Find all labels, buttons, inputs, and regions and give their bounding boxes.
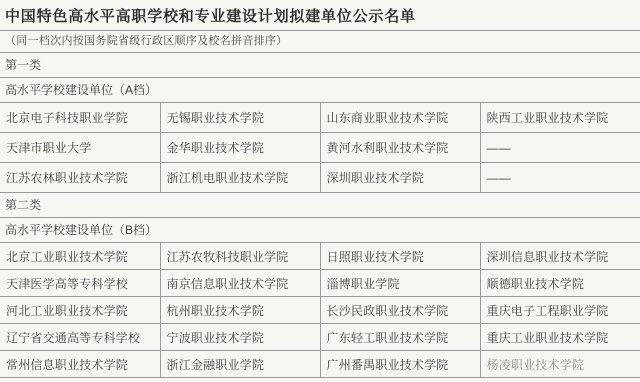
school-cell: 天津市职业大学 xyxy=(0,133,160,163)
school-table-a: 北京电子科技职业学院 无锡职业技术学院 山东商业职业技术学院 陕西工业职业技术学… xyxy=(0,103,640,193)
school-cell: 日照职业技术学院 xyxy=(320,243,480,270)
school-cell: 深圳信息职业技术学院 xyxy=(480,243,640,270)
school-table-b: 北京工业职业技术学院 江苏农牧科技职业学院 日照职业技术学院 深圳信息职业技术学… xyxy=(0,243,640,378)
table-row: 天津医学高等专科学校 南京信息职业技术学院 淄博职业学院 顺德职业技术学院 xyxy=(0,270,640,297)
table-row: 天津市职业大学 金华职业技术学院 黄河水利职业技术学院 —— xyxy=(0,133,640,163)
school-cell: 金华职业技术学院 xyxy=(160,133,320,163)
announcement-document: 中国特色高水平高职学校和专业建设计划拟建单位公示名单 （同一档次内按国务院省级行… xyxy=(0,0,640,382)
school-cell: 长沙民政职业技术学院 xyxy=(320,297,480,324)
school-cell: 淄博职业学院 xyxy=(320,270,480,297)
school-cell: 顺德职业技术学院 xyxy=(480,270,640,297)
school-cell: 黄河水利职业技术学院 xyxy=(320,133,480,163)
school-cell: 无锡职业技术学院 xyxy=(160,103,320,133)
school-cell: 江苏农林职业技术学院 xyxy=(0,163,160,193)
category-label-2: 第二类 xyxy=(0,193,640,218)
school-cell: 北京工业职业技术学院 xyxy=(0,243,160,270)
school-cell: 广东轻工职业技术学院 xyxy=(320,324,480,351)
school-cell: 常州信息职业技术学院 xyxy=(0,351,160,378)
table-row: 河北工业职业技术学院 杭州职业技术学院 长沙民政职业技术学院 重庆电子工程职业学… xyxy=(0,297,640,324)
school-cell: 杭州职业技术学院 xyxy=(160,297,320,324)
sort-note: （同一档次内按国务院省级行政区顺序及校名拼音排序） xyxy=(0,30,640,53)
page-title: 中国特色高水平高职学校和专业建设计划拟建单位公示名单 xyxy=(0,0,640,30)
school-cell: 陕西工业职业技术学院 xyxy=(480,103,640,133)
school-cell: 北京电子科技职业学院 xyxy=(0,103,160,133)
school-cell: 重庆工业职业技术学院 xyxy=(480,324,640,351)
table-row: 北京工业职业技术学院 江苏农牧科技职业学院 日照职业技术学院 深圳信息职业技术学… xyxy=(0,243,640,270)
school-cell: 天津医学高等专科学校 xyxy=(0,270,160,297)
school-cell: 浙江金融职业学院 xyxy=(160,351,320,378)
table-row: 辽宁省交通高等专科学校 宁波职业技术学院 广东轻工职业技术学院 重庆工业职业技术… xyxy=(0,324,640,351)
empty-cell: —— xyxy=(480,163,640,193)
school-cell: 山东商业职业技术学院 xyxy=(320,103,480,133)
school-cell: 辽宁省交通高等专科学校 xyxy=(0,324,160,351)
school-cell: 南京信息职业技术学院 xyxy=(160,270,320,297)
school-cell: 宁波职业技术学院 xyxy=(160,324,320,351)
school-cell: 浙江机电职业技术学院 xyxy=(160,163,320,193)
school-cell: 河北工业职业技术学院 xyxy=(0,297,160,324)
band-header-a: 高水平学校建设单位（A档） xyxy=(0,78,640,103)
band-header-b: 高水平学校建设单位（B档） xyxy=(0,218,640,243)
school-cell: 深圳职业技术学院 xyxy=(320,163,480,193)
table-row: 常州信息职业技术学院 浙江金融职业学院 广州番禺职业技术学院 杨凌职业技术学院 xyxy=(0,351,640,378)
school-cell: 江苏农牧科技职业学院 xyxy=(160,243,320,270)
empty-cell: —— xyxy=(480,133,640,163)
table-row: 江苏农林职业技术学院 浙江机电职业技术学院 深圳职业技术学院 —— xyxy=(0,163,640,193)
table-row: 北京电子科技职业学院 无锡职业技术学院 山东商业职业技术学院 陕西工业职业技术学… xyxy=(0,103,640,133)
school-cell: 重庆电子工程职业学院 xyxy=(480,297,640,324)
category-label-1: 第一类 xyxy=(0,53,640,78)
school-cell: 广州番禺职业技术学院 xyxy=(320,351,480,378)
school-cell: 杨凌职业技术学院 xyxy=(480,351,640,378)
